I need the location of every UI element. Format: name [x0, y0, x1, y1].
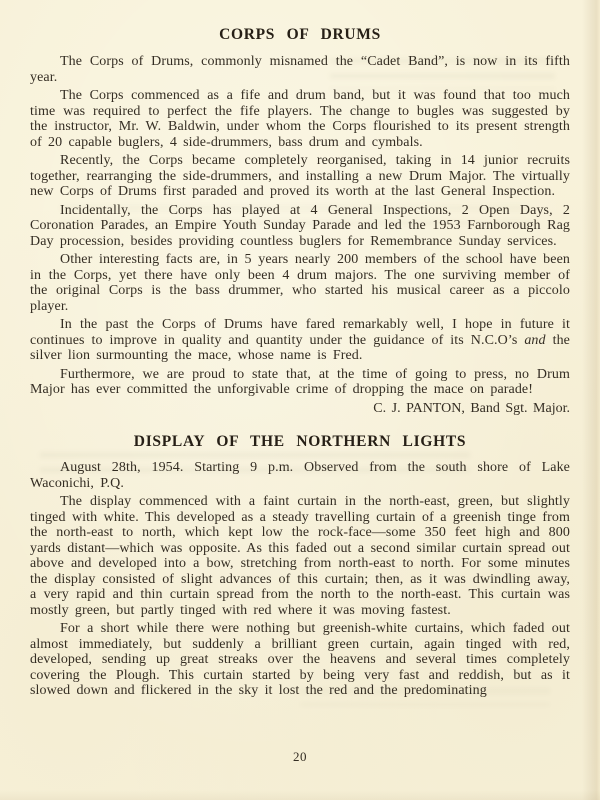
italic-word: and: [524, 333, 545, 348]
byline: C. J. PANTON, Band Sgt. Major.: [30, 401, 570, 417]
paragraph: Recently, the Corps became completely re…: [30, 153, 570, 200]
page-number: 20: [0, 749, 600, 765]
paragraph: Incidentally, the Corps has played at 4 …: [30, 203, 570, 250]
paragraph: August 28th, 1954. Starting 9 p.m. Obser…: [30, 460, 570, 491]
paragraph: The Corps commenced as a fife and drum b…: [30, 88, 570, 150]
paragraph: Other interesting facts are, in 5 years …: [30, 252, 570, 314]
paragraph-text: In the past the Corps of Drums have fare…: [30, 317, 570, 348]
magazine-page: CORPS OF DRUMS The Corps of Drums, commo…: [0, 0, 600, 800]
paragraph: Furthermore, we are proud to state that,…: [30, 367, 570, 398]
paragraph: The Corps of Drums, commonly misnamed th…: [30, 54, 570, 85]
paragraph: The display commenced with a faint curta…: [30, 494, 570, 618]
article-title-corps-of-drums: CORPS OF DRUMS: [30, 26, 570, 44]
paragraph-with-italic: In the past the Corps of Drums have fare…: [30, 317, 570, 364]
paragraph: For a short while there were nothing but…: [30, 621, 570, 699]
article-title-northern-lights: DISPLAY OF THE NORTHERN LIGHTS: [30, 433, 570, 451]
